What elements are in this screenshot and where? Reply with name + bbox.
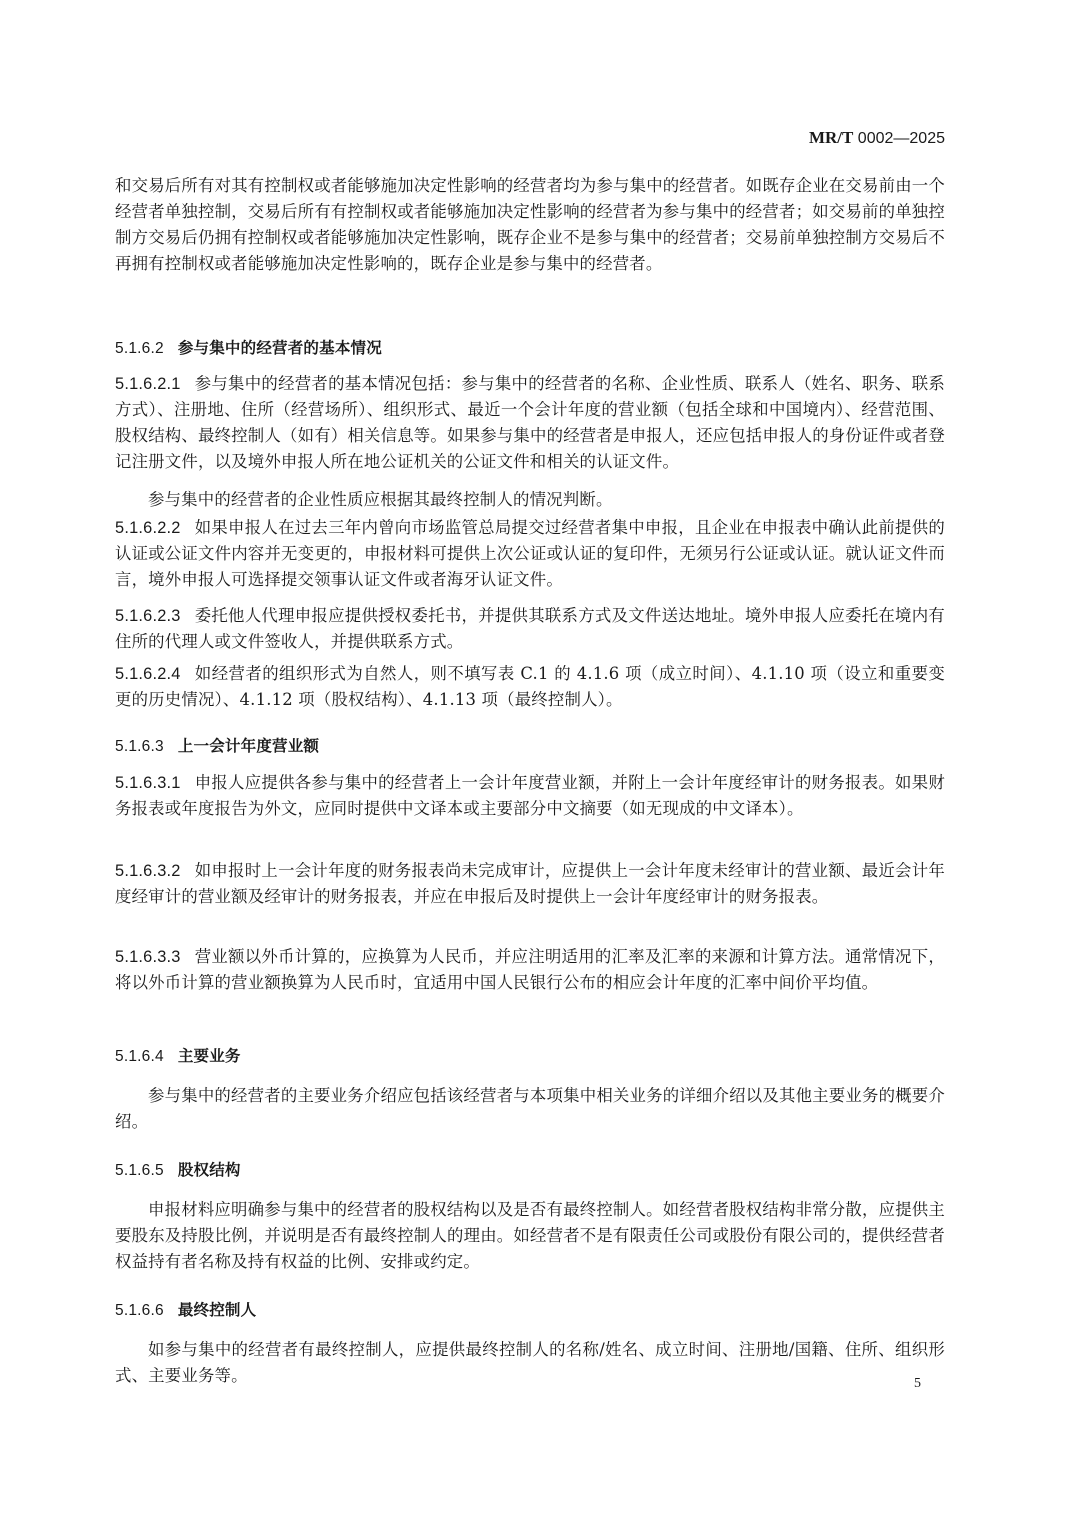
intro-paragraph: 和交易后所有对其有控制权或者能够施加决定性影响的经营者均为参与集中的经营者。如既… xyxy=(115,173,945,277)
clause-51621-note: 参与集中的经营者的企业性质应根据其最终控制人的情况判断。 xyxy=(115,487,945,513)
clause-51633: 5.1.6.3.3营业额以外币计算的，应换算为人民币，并应注明适用的汇率及汇率的… xyxy=(115,944,945,996)
section-heading-5162: 5.1.6.2参与集中的经营者的基本情况 xyxy=(115,335,945,361)
clause-51622: 5.1.6.2.2如果申报人在过去三年内曾向市场监管总局提交过经营者集中申报，且… xyxy=(115,515,945,593)
clause-51621: 5.1.6.2.1参与集中的经营者的基本情况包括：参与集中的经营者的名称、企业性… xyxy=(115,371,945,475)
clause-51623: 5.1.6.2.3委托他人代理申报应提供授权委托书，并提供其联系方式及文件送达地… xyxy=(115,603,945,655)
section-5166-text: 如参与集中的经营者有最终控制人，应提供最终控制人的名称/姓名、成立时间、注册地/… xyxy=(115,1337,945,1389)
clause-51631: 5.1.6.3.1申报人应提供各参与集中的经营者上一会计年度营业额，并附上一会计… xyxy=(115,770,945,822)
clause-51632: 5.1.6.3.2如申报时上一会计年度的财务报表尚未完成审计，应提供上一会计年度… xyxy=(115,858,945,910)
page-number: 5 xyxy=(914,1376,921,1392)
clause-51624: 5.1.6.2.4如经营者的组织形式为自然人，则不填写表 C.1 的 4.1.6… xyxy=(115,661,945,713)
section-5164-text: 参与集中的经营者的主要业务介绍应包括该经营者与本项集中相关业务的详细介绍以及其他… xyxy=(115,1083,945,1135)
section-heading-5164: 5.1.6.4主要业务 xyxy=(115,1043,945,1069)
section-heading-5163: 5.1.6.3上一会计年度营业额 xyxy=(115,733,945,759)
document-code: MR/T 0002—2025 xyxy=(809,128,945,148)
section-heading-5166: 5.1.6.6最终控制人 xyxy=(115,1297,945,1323)
section-heading-5165: 5.1.6.5股权结构 xyxy=(115,1157,945,1183)
section-5165-text: 申报材料应明确参与集中的经营者的股权结构以及是否有最终控制人。如经营者股权结构非… xyxy=(115,1197,945,1275)
